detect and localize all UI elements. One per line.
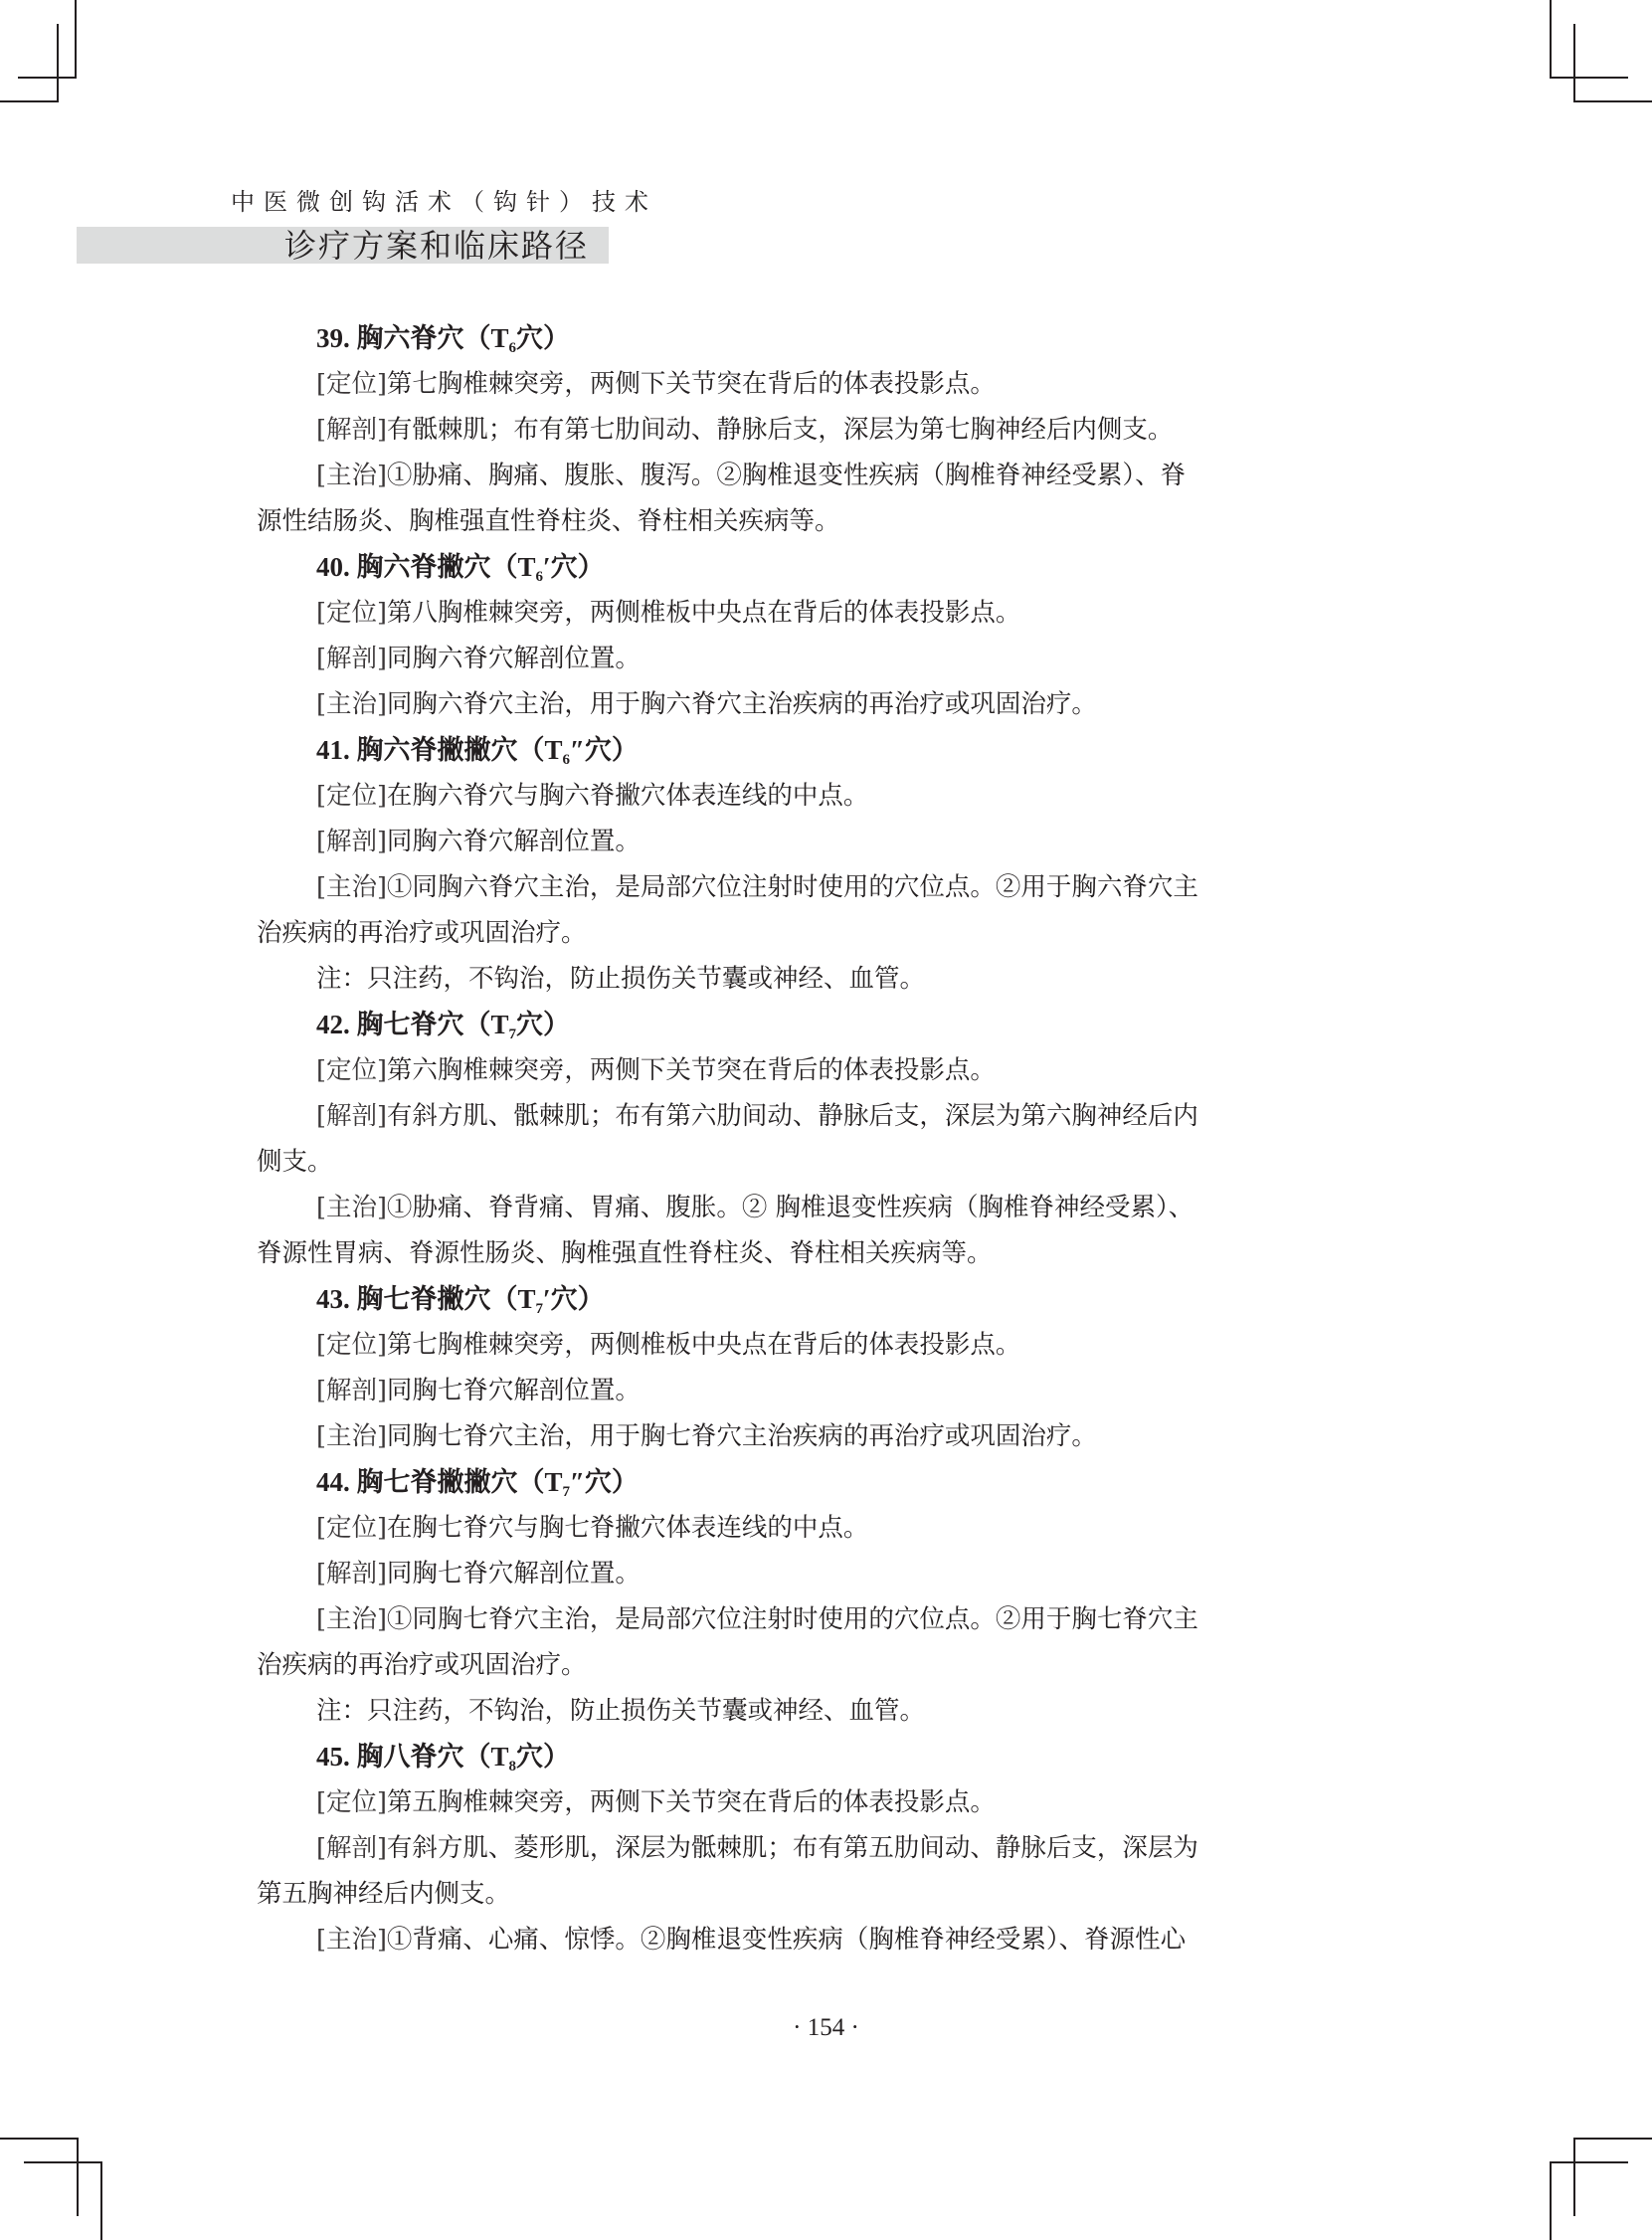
entry-indication: [主治]①同胸七脊穴主治，是局部穴位注射时使用的穴位点。②用于胸七脊穴主 <box>257 1596 1351 1642</box>
anatomy-label: [解剖] <box>316 1833 387 1863</box>
heading-suffix: ′穴） <box>543 1284 605 1314</box>
location-label: [定位] <box>316 369 387 399</box>
entry-anatomy: [解剖]有骶棘肌；布有第七肋间动、静脉后支，深层为第七胸神经后内侧支。 <box>257 407 1351 453</box>
indication-text: ①同胸六脊穴主治，是局部穴位注射时使用的穴位点。②用于胸六脊穴主 <box>387 872 1198 902</box>
heading-text: 42. 胸七脊穴（T <box>316 1010 509 1039</box>
location-label: [定位] <box>316 1787 387 1817</box>
section-title-band: 诊疗方案和临床路径 <box>77 227 609 264</box>
anatomy-text: 有斜方肌、菱形肌，深层为骶棘肌；布有第五肋间动、静脉后支，深层为 <box>387 1833 1198 1863</box>
heading-text: 39. 胸六脊穴（T <box>316 323 509 353</box>
heading-text: 43. 胸七脊撇穴（T <box>316 1284 536 1314</box>
anatomy-text: 有骶棘肌；布有第七肋间动、静脉后支，深层为第七胸神经后内侧支。 <box>387 415 1174 445</box>
heading-text: 40. 胸六脊撇穴（T <box>316 552 536 582</box>
anatomy-label: [解剖] <box>316 644 387 673</box>
anatomy-label: [解剖] <box>316 1376 387 1405</box>
entry-indication: [主治]①胁痛、胸痛、腹胀、腹泻。②胸椎退变性疾病（胸椎脊神经受累）、脊 <box>257 453 1351 498</box>
anatomy-label: [解剖] <box>316 1101 387 1131</box>
indication-label: [主治] <box>316 872 387 902</box>
page-number: · 154 · <box>0 2014 1652 2042</box>
heading-text: 45. 胸八脊穴（T <box>316 1742 509 1772</box>
entry-heading: 41. 胸六脊撇撇穴（T6″穴） <box>257 727 1351 773</box>
location-label: [定位] <box>316 598 387 628</box>
crop-mark-tl-h1 <box>18 77 77 79</box>
entry-anatomy-cont: 第五胸神经后内侧支。 <box>257 1871 1351 1917</box>
entry-heading: 40. 胸六脊撇穴（T6′穴） <box>257 544 1351 590</box>
entry-note: 注：只注药，不钩治，防止损伤关节囊或神经、血管。 <box>257 1688 1351 1734</box>
entry-indication-cont: 治疾病的再治疗或巩固治疗。 <box>257 910 1351 956</box>
crop-mark-bl-h1 <box>0 2138 79 2140</box>
crop-mark-tr-v2 <box>1573 24 1575 102</box>
location-label: [定位] <box>316 1513 387 1543</box>
section-title: 诊疗方案和临床路径 <box>284 226 589 266</box>
entry-location: [定位]第八胸椎棘突旁，两侧椎板中央点在背后的体表投影点。 <box>257 590 1351 636</box>
crop-mark-tr-v1 <box>1550 0 1552 79</box>
indication-text: 同胸六脊穴主治，用于胸六脊穴主治疾病的再治疗或巩固治疗。 <box>387 689 1097 719</box>
heading-text: 44. 胸七脊撇撇穴（T <box>316 1467 563 1497</box>
entry-indication: [主治]①背痛、心痛、惊悸。②胸椎退变性疾病（胸椎脊神经受累）、脊源性心 <box>257 1917 1351 1962</box>
crop-mark-br-h1 <box>1573 2138 1652 2140</box>
entry-heading: 43. 胸七脊撇穴（T7′穴） <box>257 1276 1351 1322</box>
indication-text: ①背痛、心痛、惊悸。②胸椎退变性疾病（胸椎脊神经受累）、脊源性心 <box>387 1925 1186 1955</box>
heading-subscript: 8 <box>509 1759 517 1774</box>
entry-location: [定位]第七胸椎棘突旁，两侧椎板中央点在背后的体表投影点。 <box>257 1322 1351 1368</box>
entry-heading: 44. 胸七脊撇撇穴（T7″穴） <box>257 1459 1351 1505</box>
entry-indication: [主治]同胸六脊穴主治，用于胸六脊穴主治疾病的再治疗或巩固治疗。 <box>257 681 1351 727</box>
indication-text: ①同胸七脊穴主治，是局部穴位注射时使用的穴位点。②用于胸七脊穴主 <box>387 1604 1198 1634</box>
entry-anatomy: [解剖]同胸六脊穴解剖位置。 <box>257 819 1351 864</box>
entry-indication-cont: 治疾病的再治疗或巩固治疗。 <box>257 1642 1351 1688</box>
crop-mark-tl-v2 <box>57 24 59 102</box>
entry-location: [定位]在胸六脊穴与胸六脊撇穴体表连线的中点。 <box>257 773 1351 819</box>
location-text: 第七胸椎棘突旁，两侧椎板中央点在背后的体表投影点。 <box>387 1330 1021 1360</box>
crop-mark-bl-v2 <box>100 2161 102 2240</box>
location-label: [定位] <box>316 1330 387 1360</box>
indication-label: [主治] <box>316 1925 387 1955</box>
anatomy-label: [解剖] <box>316 1559 387 1588</box>
entry-anatomy: [解剖]同胸七脊穴解剖位置。 <box>257 1551 1351 1596</box>
crop-mark-br-h2 <box>1550 2161 1628 2163</box>
location-label: [定位] <box>316 1055 387 1085</box>
anatomy-text: 同胸七脊穴解剖位置。 <box>387 1376 641 1405</box>
indication-label: [主治] <box>316 1193 387 1222</box>
entry-heading: 45. 胸八脊穴（T8穴） <box>257 1734 1351 1779</box>
indication-label: [主治] <box>316 1604 387 1634</box>
entry-location: [定位]第七胸椎棘突旁，两侧下关节突在背后的体表投影点。 <box>257 361 1351 407</box>
location-text: 在胸六脊穴与胸六脊撇穴体表连线的中点。 <box>387 781 869 811</box>
heading-text: 41. 胸六脊撇撇穴（T <box>316 735 563 765</box>
heading-subscript: 7 <box>509 1027 517 1042</box>
anatomy-label: [解剖] <box>316 415 387 445</box>
indication-label: [主治] <box>316 689 387 719</box>
heading-suffix: ″穴） <box>570 1467 639 1497</box>
entry-heading: 39. 胸六脊穴（T6穴） <box>257 315 1351 361</box>
location-text: 第七胸椎棘突旁，两侧下关节突在背后的体表投影点。 <box>387 369 996 399</box>
indication-text: ①胁痛、胸痛、腹胀、腹泻。②胸椎退变性疾病（胸椎脊神经受累）、脊 <box>387 461 1186 490</box>
heading-subscript: 6 <box>563 752 571 768</box>
entry-anatomy: [解剖]有斜方肌、骶棘肌；布有第六肋间动、静脉后支，深层为第六胸神经后内 <box>257 1093 1351 1139</box>
heading-suffix: 穴） <box>516 1742 570 1772</box>
entry-anatomy: [解剖]同胸六脊穴解剖位置。 <box>257 636 1351 681</box>
location-label: [定位] <box>316 781 387 811</box>
heading-subscript: 7 <box>536 1301 544 1317</box>
entry-location: [定位]第六胸椎棘突旁，两侧下关节突在背后的体表投影点。 <box>257 1047 1351 1093</box>
heading-suffix: 穴） <box>516 1010 570 1039</box>
heading-subscript: 7 <box>563 1484 571 1500</box>
heading-suffix: 穴） <box>516 323 570 353</box>
heading-subscript: 6 <box>509 340 517 356</box>
indication-text: 同胸七脊穴主治，用于胸七脊穴主治疾病的再治疗或巩固治疗。 <box>387 1421 1097 1451</box>
anatomy-text: 同胸六脊穴解剖位置。 <box>387 644 641 673</box>
location-text: 第六胸椎棘突旁，两侧下关节突在背后的体表投影点。 <box>387 1055 996 1085</box>
crop-mark-tl-v1 <box>75 0 77 79</box>
crop-mark-br-v2 <box>1550 2161 1552 2240</box>
entry-indication-cont: 脊源性胃病、脊源性肠炎、胸椎强直性脊柱炎、脊柱相关疾病等。 <box>257 1230 1351 1276</box>
entry-indication-cont: 源性结肠炎、胸椎强直性脊柱炎、脊柱相关疾病等。 <box>257 498 1351 544</box>
crop-mark-tr-h1 <box>1550 77 1628 79</box>
entry-location: [定位]在胸七脊穴与胸七脊撇穴体表连线的中点。 <box>257 1505 1351 1551</box>
crop-mark-tr-h2 <box>1573 100 1652 102</box>
indication-label: [主治] <box>316 1421 387 1451</box>
book-title: 中医微创钩活术（钩针）技术 <box>231 187 657 217</box>
entry-indication: [主治]①同胸六脊穴主治，是局部穴位注射时使用的穴位点。②用于胸六脊穴主 <box>257 864 1351 910</box>
location-text: 在胸七脊穴与胸七脊撇穴体表连线的中点。 <box>387 1513 869 1543</box>
anatomy-label: [解剖] <box>316 827 387 856</box>
indication-label: [主治] <box>316 461 387 490</box>
crop-mark-bl-v1 <box>77 2138 79 2216</box>
anatomy-text: 有斜方肌、骶棘肌；布有第六肋间动、静脉后支，深层为第六胸神经后内 <box>387 1101 1198 1131</box>
location-text: 第八胸椎棘突旁，两侧椎板中央点在背后的体表投影点。 <box>387 598 1021 628</box>
entry-indication: [主治]同胸七脊穴主治，用于胸七脊穴主治疾病的再治疗或巩固治疗。 <box>257 1413 1351 1459</box>
entry-heading: 42. 胸七脊穴（T7穴） <box>257 1002 1351 1047</box>
crop-mark-tl-h2 <box>0 100 59 102</box>
location-text: 第五胸椎棘突旁，两侧下关节突在背后的体表投影点。 <box>387 1787 996 1817</box>
entry-anatomy: [解剖]有斜方肌、菱形肌，深层为骶棘肌；布有第五肋间动、静脉后支，深层为 <box>257 1825 1351 1871</box>
heading-subscript: 6 <box>536 569 544 585</box>
entry-anatomy: [解剖]同胸七脊穴解剖位置。 <box>257 1368 1351 1413</box>
anatomy-text: 同胸七脊穴解剖位置。 <box>387 1559 641 1588</box>
entry-indication: [主治]①胁痛、脊背痛、胃痛、腹胀。② 胸椎退变性疾病（胸椎脊神经受累）、 <box>257 1185 1351 1230</box>
entry-anatomy-cont: 侧支。 <box>257 1139 1351 1185</box>
crop-mark-br-v1 <box>1573 2138 1575 2216</box>
entry-location: [定位]第五胸椎棘突旁，两侧下关节突在背后的体表投影点。 <box>257 1779 1351 1825</box>
crop-mark-bl-h2 <box>24 2161 102 2163</box>
entry-note: 注：只注药，不钩治，防止损伤关节囊或神经、血管。 <box>257 956 1351 1002</box>
page-body: 39. 胸六脊穴（T6穴） [定位]第七胸椎棘突旁，两侧下关节突在背后的体表投影… <box>257 315 1351 1962</box>
indication-text: ①胁痛、脊背痛、胃痛、腹胀。② 胸椎退变性疾病（胸椎脊神经受累）、 <box>387 1193 1193 1222</box>
heading-suffix: ′穴） <box>543 552 605 582</box>
heading-suffix: ″穴） <box>570 735 639 765</box>
anatomy-text: 同胸六脊穴解剖位置。 <box>387 827 641 856</box>
